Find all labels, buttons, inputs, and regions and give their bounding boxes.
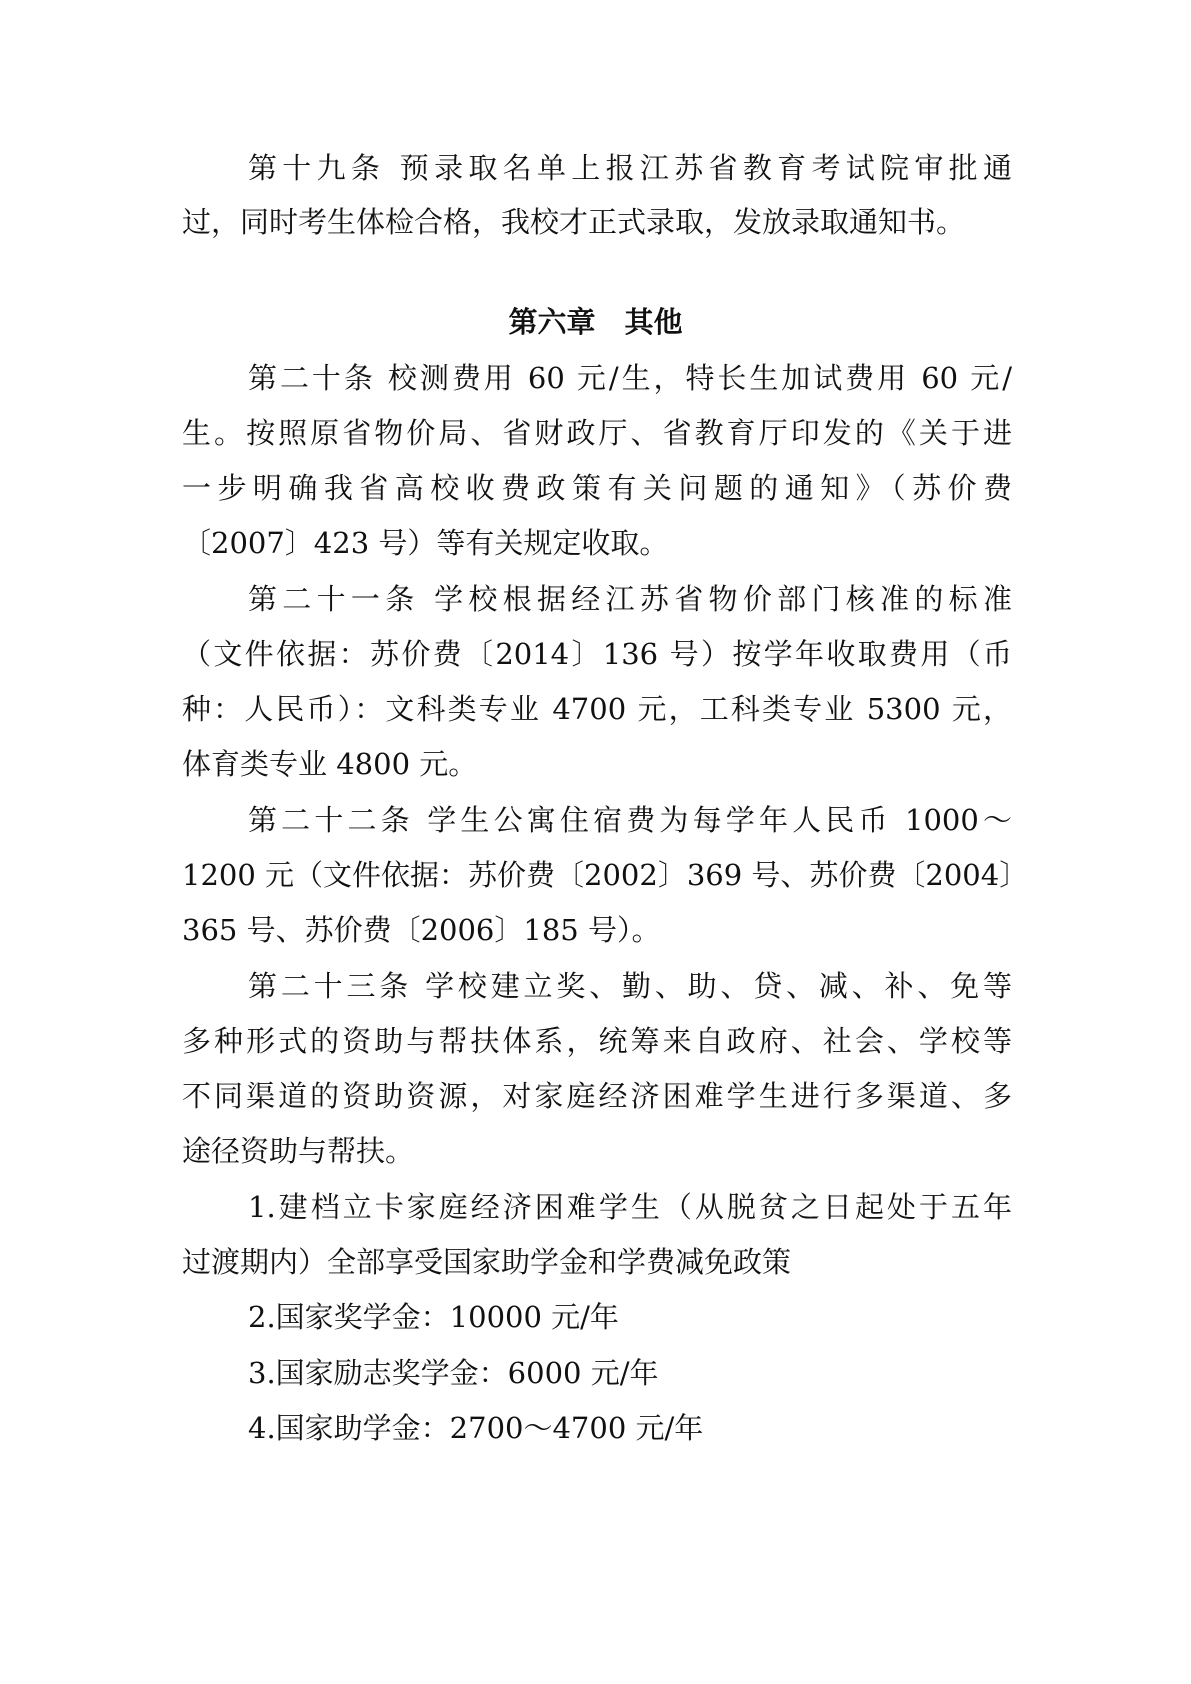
article-21-line-2: （文件依据：苏价费〔2014〕136 号）按学年收取费用（币 bbox=[182, 634, 1012, 674]
article-20-line-1: 第二十条 校测费用 60 元/生，特长生加试费用 60 元/ bbox=[248, 358, 1012, 398]
article-20-line-2: 生。按照原省物价局、省财政厅、省教育厅印发的《关于进 bbox=[182, 413, 1012, 453]
article-22-line-2: 1200 元（文件依据：苏价费〔2002〕369 号、苏价费〔2004〕 bbox=[182, 855, 1012, 895]
article-23-line-4: 途径资助与帮扶。 bbox=[182, 1131, 1012, 1171]
document-page: 第十九条 预录取名单上报江苏省教育考试院审批通 过，同时考生体检合格，我校才正式… bbox=[0, 0, 1191, 1684]
article-21-line-4: 体育类专业 4800 元。 bbox=[182, 744, 1012, 784]
article-22-line-1: 第二十二条 学生公寓住宿费为每学年人民币 1000～ bbox=[248, 800, 1012, 840]
aid-item-3: 3.国家励志奖学金：6000 元/年 bbox=[248, 1353, 1012, 1393]
aid-item-4: 4.国家助学金：2700～4700 元/年 bbox=[248, 1408, 1012, 1448]
article-21-line-1: 第二十一条 学校根据经江苏省物价部门核准的标准 bbox=[248, 579, 1012, 619]
aid-item-1-line-1: 1.建档立卡家庭经济困难学生（从脱贫之日起处于五年 bbox=[248, 1187, 1012, 1227]
article-20-line-4: 〔2007〕423 号）等有关规定收取。 bbox=[182, 523, 1012, 563]
aid-item-1-line-2: 过渡期内）全部享受国家助学金和学费减免政策 bbox=[182, 1242, 1012, 1282]
article-23-line-1: 第二十三条 学校建立奖、勤、助、贷、减、补、免等 bbox=[248, 966, 1012, 1006]
article-19-line-1: 第十九条 预录取名单上报江苏省教育考试院审批通 bbox=[248, 148, 1012, 188]
article-23-line-3: 不同渠道的资助资源，对家庭经济困难学生进行多渠道、多 bbox=[182, 1076, 1012, 1116]
chapter-heading: 第六章 其他 bbox=[0, 302, 1191, 342]
article-21-line-3: 种：人民币）：文科类专业 4700 元，工科类专业 5300 元， bbox=[182, 689, 1012, 729]
article-20-line-3: 一步明确我省高校收费政策有关问题的通知》（苏价费 bbox=[182, 468, 1012, 508]
article-22-line-3: 365 号、苏价费〔2006〕185 号）。 bbox=[182, 910, 1012, 950]
aid-item-2: 2.国家奖学金：10000 元/年 bbox=[248, 1297, 1012, 1337]
article-23-line-2: 多种形式的资助与帮扶体系，统筹来自政府、社会、学校等 bbox=[182, 1021, 1012, 1061]
article-19-line-2: 过，同时考生体检合格，我校才正式录取，发放录取通知书。 bbox=[182, 202, 1012, 242]
